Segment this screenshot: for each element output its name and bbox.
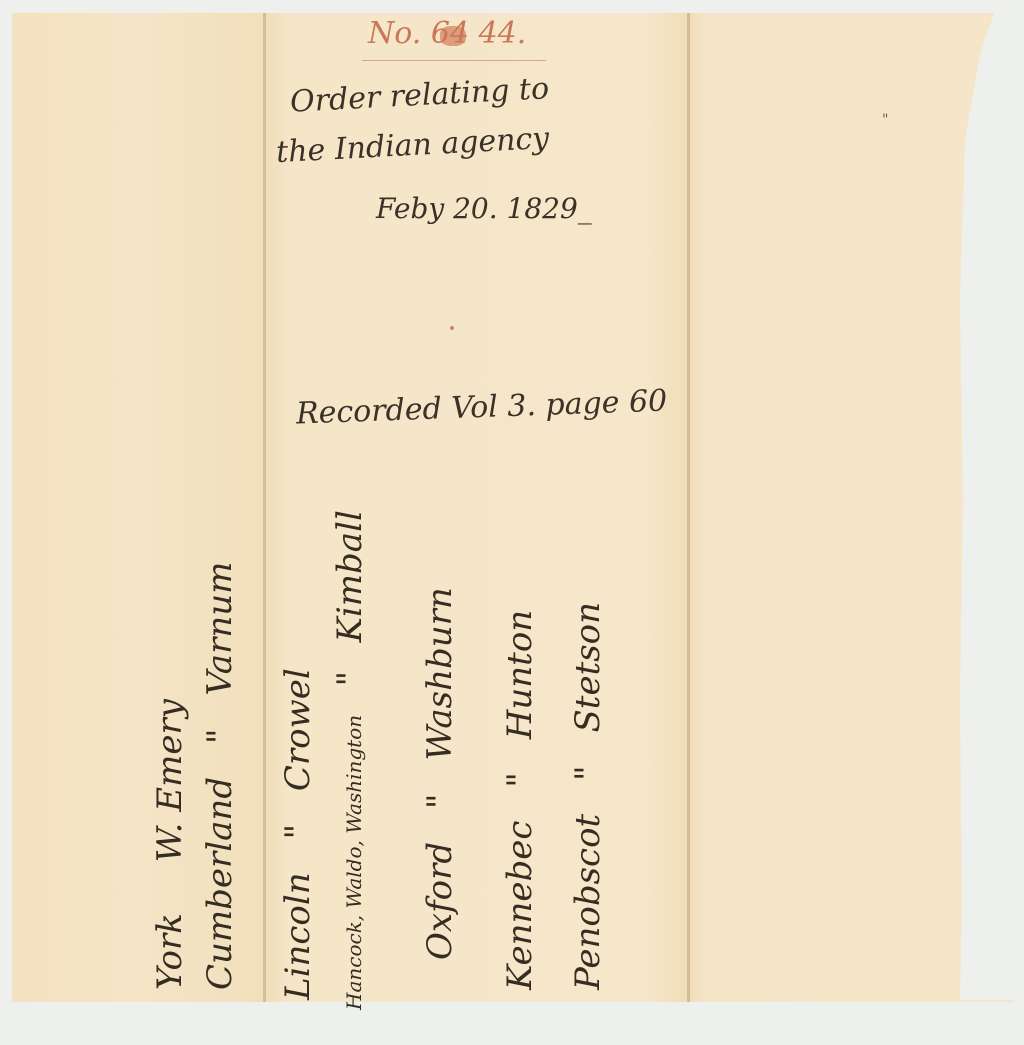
torn-edge [960, 0, 1020, 1000]
entry-lincoln: Lincoln " Crowel [278, 668, 318, 1000]
entry-oxford: Oxford " Washburn [420, 587, 460, 960]
fold-line [263, 13, 266, 1002]
entry-kennebec: Kennebec " Hunton [500, 610, 540, 990]
docket-number: No. 64 44. [368, 16, 526, 51]
county-name: York [150, 913, 190, 990]
ditto-mark: " [330, 671, 370, 687]
document-date: Feby 20. 1829_ [376, 192, 592, 225]
person-name: Hunton [500, 610, 540, 739]
county-name: Oxford [420, 842, 460, 960]
person-name: W. Emery [150, 699, 190, 862]
entry-york: York W. Emery [150, 699, 190, 990]
county-name: Cumberland [200, 777, 240, 990]
person-name: Kimball [330, 510, 370, 642]
ditto-mark: " [420, 793, 460, 809]
fold-line [687, 13, 690, 1002]
entry-hancock-waldo-washington: Hancock, Waldo, Washington " Kimball [330, 510, 370, 1010]
ink-dot [450, 326, 454, 330]
county-name: Hancock, Waldo, Washington [342, 715, 366, 1010]
ditto-mark: " [500, 772, 540, 788]
person-name: Washburn [420, 587, 460, 760]
ditto-mark: " [278, 824, 318, 840]
county-name: Lincoln [278, 872, 318, 1000]
entry-cumberland: Cumberland " Varnum [200, 562, 240, 990]
person-name: Stetson [568, 602, 608, 733]
county-name: Kennebec [500, 821, 540, 990]
person-name: Varnum [200, 562, 240, 696]
ditto-mark: " [568, 765, 608, 781]
ditto-mark: " [200, 728, 240, 744]
county-name: Penobscot [568, 814, 608, 990]
docket-underline [362, 60, 546, 61]
person-name: Crowel [278, 668, 318, 791]
entry-penobscot: Penobscot " Stetson [568, 602, 608, 990]
margin-mark: " [882, 112, 888, 128]
